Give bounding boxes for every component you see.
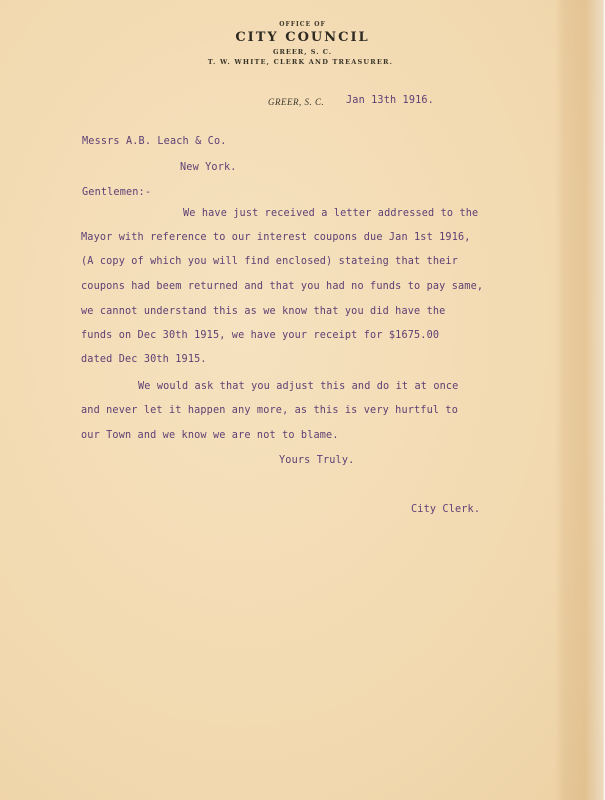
body-line: (A copy of which you will find enclosed)…: [81, 256, 458, 267]
letter-page: OFFICE OF CITY COUNCIL GREER, S. C. T. W…: [0, 0, 605, 800]
body-line: we cannot understand this as we know tha…: [81, 306, 445, 317]
letterhead-officer: T. W. WHITE, CLERK AND TREASURER.: [0, 58, 603, 66]
salutation: Gentlemen:-: [82, 187, 151, 198]
dateline-date: Jan 13th 1916.: [346, 95, 434, 106]
signature: City Clerk.: [411, 504, 480, 515]
letterhead-office-of: OFFICE OF: [0, 21, 605, 28]
body-line: dated Dec 30th 1915.: [81, 354, 207, 365]
recipient-name: Messrs A.B. Leach & Co.: [82, 136, 227, 147]
recipient-city: New York.: [180, 162, 237, 173]
body-line: Mayor with reference to our interest cou…: [81, 232, 471, 243]
dateline-place: GREER, S. C.: [268, 97, 324, 107]
body-line: and never let it happen any more, as thi…: [81, 405, 458, 416]
body-line: our Town and we know we are not to blame…: [81, 430, 339, 441]
letterhead-location: GREER, S. C.: [0, 48, 605, 56]
closing: Yours Truly.: [279, 455, 354, 466]
body-line: We have just received a letter addressed…: [183, 208, 478, 219]
body-line: We would ask that you adjust this and do…: [138, 381, 458, 392]
body-line: funds on Dec 30th 1915, we have your rec…: [81, 330, 439, 341]
letterhead-title: CITY COUNCIL: [0, 30, 605, 45]
body-line: coupons had beem returned and that you h…: [81, 281, 483, 292]
